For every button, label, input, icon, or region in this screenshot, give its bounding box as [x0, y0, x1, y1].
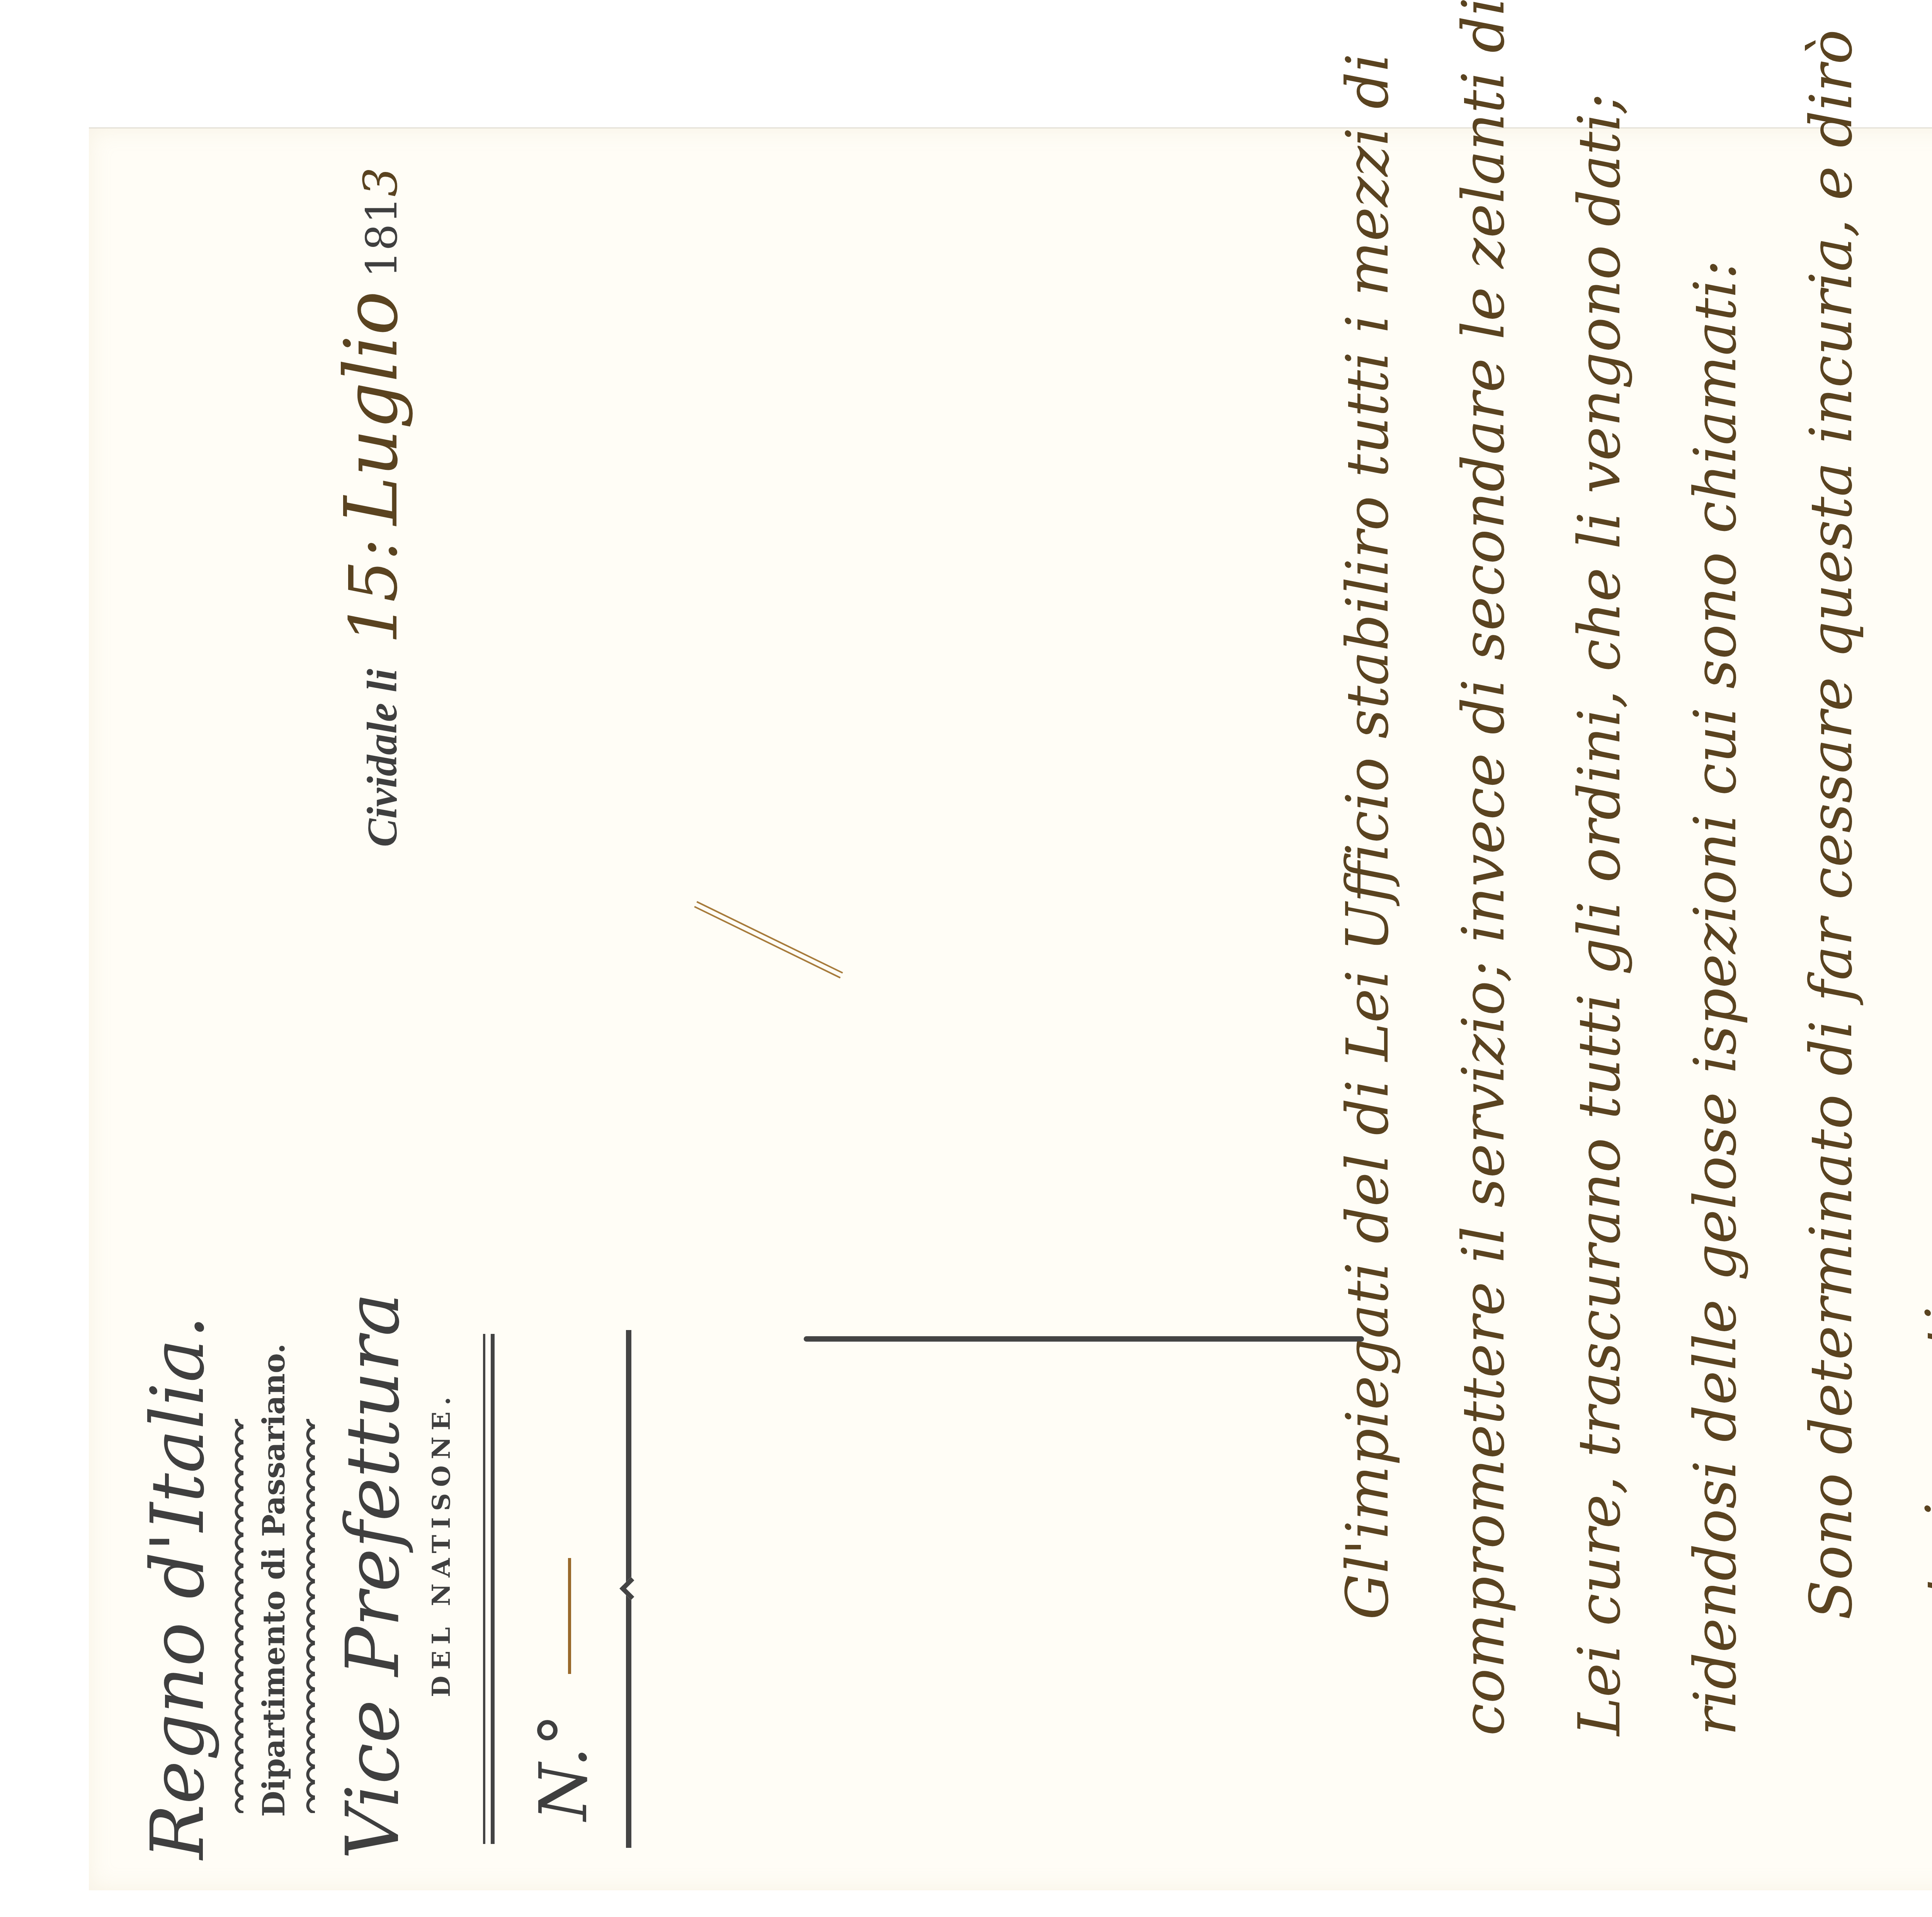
body-line: Sono determinato di far cessare questa i…	[1774, 151, 1889, 1736]
paragraph: Sono determinato di far cessare questa i…	[1774, 151, 1932, 1736]
letterhead-office-sub: DEL NATISONE.	[427, 1318, 456, 1697]
protocol-number: N.°	[526, 1318, 611, 1821]
dateline-year-printed: 181	[357, 197, 406, 278]
paper-sheet: Regno d'Italia. Dipartimento di Passaria…	[89, 128, 1932, 1890]
letterhead: Regno d'Italia. Dipartimento di Passaria…	[135, 1318, 639, 1859]
dateline-day: 15:	[336, 538, 412, 644]
letterhead-title: Regno d'Italia.	[135, 1318, 220, 1859]
dateline-year-handwritten: 3	[354, 167, 408, 197]
body-line: Gl'impiegati del di Lei Ufficio stabilir…	[1310, 151, 1426, 1736]
paragraph: Gl'impiegati del di Lei Ufficio stabilir…	[1310, 151, 1774, 1736]
body-line: ridendosi delle gelose ispezioni cui son…	[1658, 151, 1774, 1736]
dateline: Cividale li 15: Luglio 1813	[328, 167, 414, 847]
ornamental-rule	[299, 1419, 319, 1813]
body-line: questa impertinenza.	[1889, 151, 1932, 1736]
rotated-page: Regno d'Italia. Dipartimento di Passaria…	[89, 128, 1932, 1890]
double-rule-divider	[483, 1334, 495, 1844]
letterhead-department: Dipartimento di Passariano.	[257, 1318, 292, 1817]
body-line: compromettere il servizio; invece di sec…	[1426, 151, 1542, 1736]
pen-stroke-marks	[694, 901, 843, 978]
letter-body: Gl'impiegati del di Lei Ufficio stabilir…	[1310, 151, 1932, 1736]
dateline-place: Cividale li	[359, 669, 406, 847]
ornamental-rule	[228, 1419, 245, 1813]
bracket-rule-vertical	[804, 1336, 1364, 1342]
number-label: N.°	[526, 1714, 602, 1821]
letterhead-office: Vice Prefettura	[330, 1318, 415, 1859]
number-value-dash	[568, 1558, 571, 1674]
dateline-month: Luglio	[328, 291, 414, 525]
bracket-rule	[626, 1330, 639, 1848]
body-line: Lei cure, trascurano tutti gli ordini, c…	[1542, 151, 1658, 1736]
